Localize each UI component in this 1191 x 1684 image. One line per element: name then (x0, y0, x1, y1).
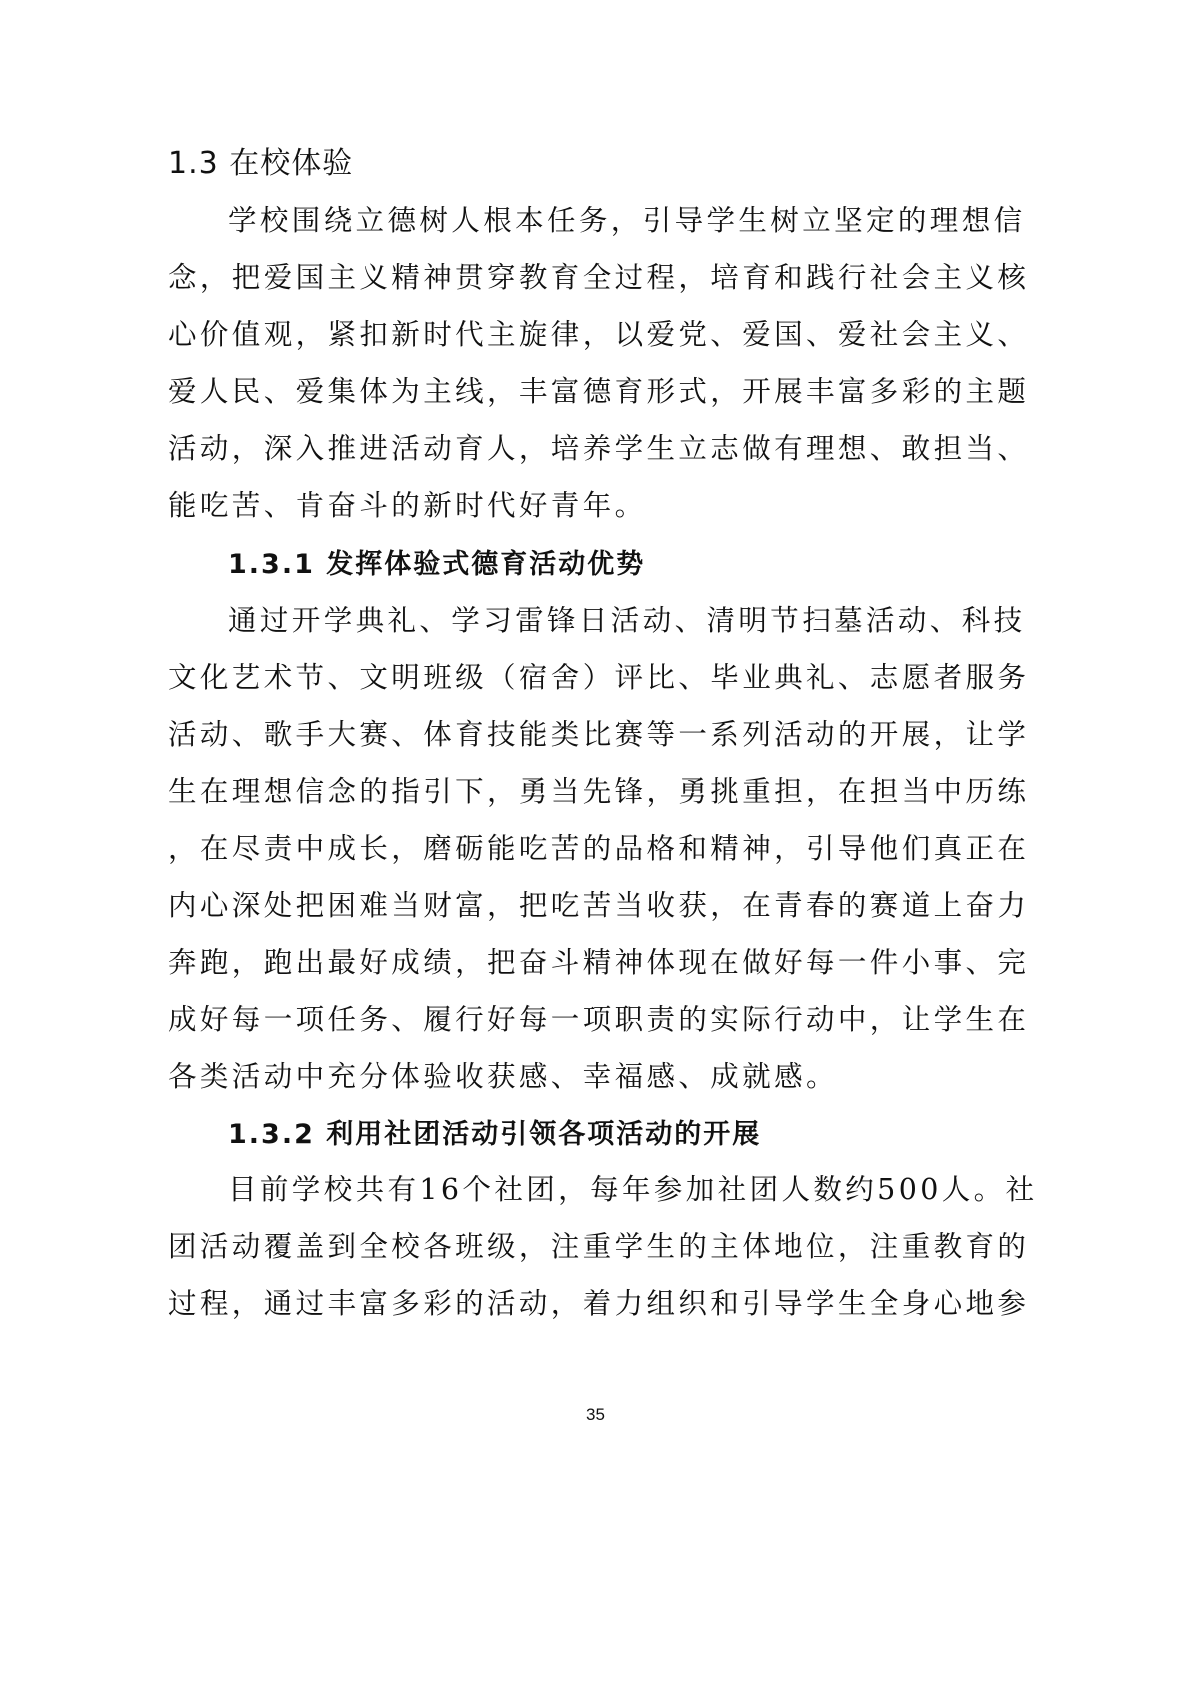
paragraph-line: 心价值观，紧扣新时代主旋律，以爱党、爱国、爱社会主义、 (168, 312, 1029, 353)
subsection-heading-2: 1.3.2 利用社团活动引领各项活动的开展 (228, 1112, 761, 1151)
paragraph-line: 能吃苦、肯奋斗的新时代好青年。 (168, 483, 647, 524)
paragraph-line: ，在尽责中成长，磨砺能吃苦的品格和精神，引导他们真正在 (168, 826, 1029, 867)
subsection-heading-1: 1.3.1 发挥体验式德育活动优势 (228, 542, 645, 581)
page-number: 35 (0, 1405, 1191, 1425)
paragraph-line: 学校围绕立德树人根本任务，引导学生树立坚定的理想信 (228, 198, 1026, 239)
paragraph-line: 文化艺术节、文明班级（宿舍）评比、毕业典礼、志愿者服务 (168, 655, 1029, 696)
paragraph-line: 目前学校共有16个社团，每年参加社团人数约500人。社 (228, 1167, 1037, 1208)
paragraph-line: 奔跑，跑出最好成绩，把奋斗精神体现在做好每一件小事、完 (168, 940, 1029, 981)
paragraph-line: 内心深处把困难当财富，把吃苦当收获，在青春的赛道上奋力 (168, 883, 1029, 924)
paragraph-line: 通过开学典礼、学习雷锋日活动、清明节扫墓活动、科技 (228, 598, 1026, 639)
paragraph-line: 活动、歌手大赛、体育技能类比赛等一系列活动的开展，让学 (168, 712, 1029, 753)
paragraph-line: 过程，通过丰富多彩的活动，着力组织和引导学生全身心地参 (168, 1281, 1029, 1322)
paragraph-line: 活动，深入推进活动育人，培养学生立志做有理想、敢担当、 (168, 426, 1029, 467)
paragraph-line: 成好每一项任务、履行好每一项职责的实际行动中，让学生在 (168, 997, 1029, 1038)
paragraph-line: 各类活动中充分体验收获感、幸福感、成就感。 (168, 1054, 838, 1095)
document-page: 1.3 在校体验 学校围绕立德树人根本任务，引导学生树立坚定的理想信 念，把爱国… (0, 0, 1191, 1684)
section-heading: 1.3 在校体验 (168, 138, 353, 182)
paragraph-line: 团活动覆盖到全校各班级，注重学生的主体地位，注重教育的 (168, 1224, 1029, 1265)
paragraph-line: 念，把爱国主义精神贯穿教育全过程，培育和践行社会主义核 (168, 255, 1029, 296)
paragraph-line: 爱人民、爱集体为主线，丰富德育形式，开展丰富多彩的主题 (168, 369, 1029, 410)
paragraph-line: 生在理想信念的指引下，勇当先锋，勇挑重担，在担当中历练 (168, 769, 1029, 810)
